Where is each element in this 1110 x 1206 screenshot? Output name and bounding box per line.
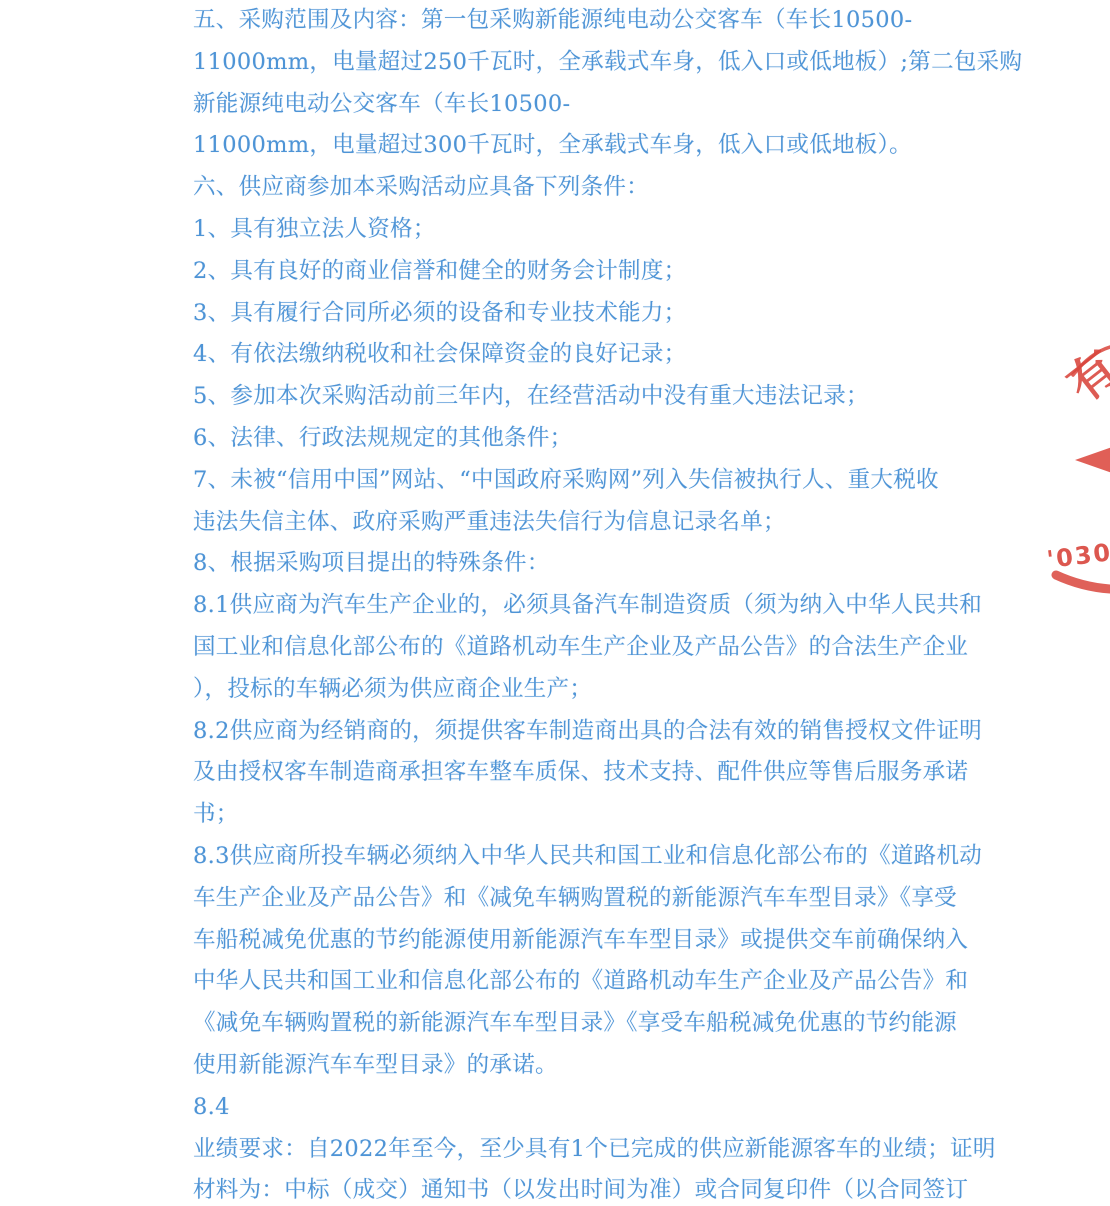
- doc-line-24: 中华人民共和国工业和信息化部公布的《道路机动车生产企业及产品公告》和: [193, 961, 968, 1003]
- doc-line-4: 11000mm，电量超过300千瓦时，全承载式车身，低入口或低地板）。: [193, 125, 968, 167]
- doc-line-16: 国工业和信息化部公布的《道路机动车生产企业及产品公告》的合法生产企业: [193, 627, 968, 669]
- doc-line-26: 使用新能源汽车车型目录》的承诺。: [193, 1045, 968, 1087]
- doc-line-13: 违法失信主体、政府采购严重违法失信行为信息记录名单；: [193, 502, 968, 544]
- document-body: 五、采购范围及内容：第一包采购新能源纯电动公交客车（车长10500- 11000…: [193, 0, 968, 1206]
- stamp-code: '030: [1045, 538, 1110, 574]
- doc-line-14: 8、根据采购项目提出的特殊条件：: [193, 543, 968, 585]
- doc-line-12: 7、未被“信用中国”网站、“中国政府采购网”列入失信被执行人、重大税收: [193, 460, 968, 502]
- doc-line-18: 8.2供应商为经销商的，须提供客车制造商出具的合法有效的销售授权文件证明: [193, 711, 968, 753]
- doc-line-22: 车生产企业及产品公告》和《减免车辆购置税的新能源汽车车型目录》《享受: [193, 878, 968, 920]
- stamp-ring-char: 有: [1057, 340, 1110, 414]
- doc-line-2: 11000mm，电量超过250千瓦时，全承载式车身，低入口或低地板）;第二包采购: [193, 42, 968, 84]
- doc-line-23: 车船税减免优惠的节约能源使用新能源汽车车型目录》或提供交车前确保纳入: [193, 920, 968, 962]
- doc-line-28: 业绩要求：自2022年至今，至少具有1个已完成的供应新能源客车的业绩；证明: [193, 1129, 968, 1171]
- doc-line-29: 材料为：中标（成交）通知书（以发出时间为准）或合同复印件（以合同签订: [193, 1170, 968, 1206]
- doc-line-17: ），投标的车辆必须为供应商企业生产；: [193, 669, 968, 711]
- doc-line-11: 6、法律、行政法规规定的其他条件；: [193, 418, 968, 460]
- doc-line-6: 1、具有独立法人资格；: [193, 209, 968, 251]
- stamp-arc-bottom-icon: [1056, 575, 1110, 589]
- doc-line-3: 新能源纯电动公交客车（车长10500-: [193, 84, 968, 126]
- doc-line-25: 《减免车辆购置税的新能源汽车车型目录》《享受车船税减免优惠的节约能源: [193, 1003, 968, 1045]
- doc-line-7: 2、具有良好的商业信誉和健全的财务会计制度；: [193, 251, 968, 293]
- doc-line-8: 3、具有履行合同所必须的设备和专业技术能力；: [193, 293, 968, 335]
- doc-line-15: 8.1供应商为汽车生产企业的，必须具备汽车制造资质（须为纳入中华人民共和: [193, 585, 968, 627]
- doc-line-20: 书；: [193, 794, 968, 836]
- doc-line-27: 8.4: [193, 1087, 968, 1129]
- stamp-star-icon: [1075, 411, 1110, 510]
- red-official-stamp: 有 '030: [1040, 338, 1110, 600]
- scanned-document-page: { "colors": { "text_blue": "#4e94d6", "s…: [0, 0, 1110, 1206]
- doc-line-5: 六、供应商参加本采购活动应具备下列条件：: [193, 167, 968, 209]
- doc-line-21: 8.3供应商所投车辆必须纳入中华人民共和国工业和信息化部公布的《道路机动: [193, 836, 968, 878]
- doc-line-19: 及由授权客车制造商承担客车整车质保、技术支持、配件供应等售后服务承诺: [193, 752, 968, 794]
- doc-line-1: 五、采购范围及内容：第一包采购新能源纯电动公交客车（车长10500-: [193, 0, 968, 42]
- doc-line-10: 5、参加本次采购活动前三年内，在经营活动中没有重大违法记录；: [193, 376, 968, 418]
- doc-line-9: 4、有依法缴纳税收和社会保障资金的良好记录；: [193, 334, 968, 376]
